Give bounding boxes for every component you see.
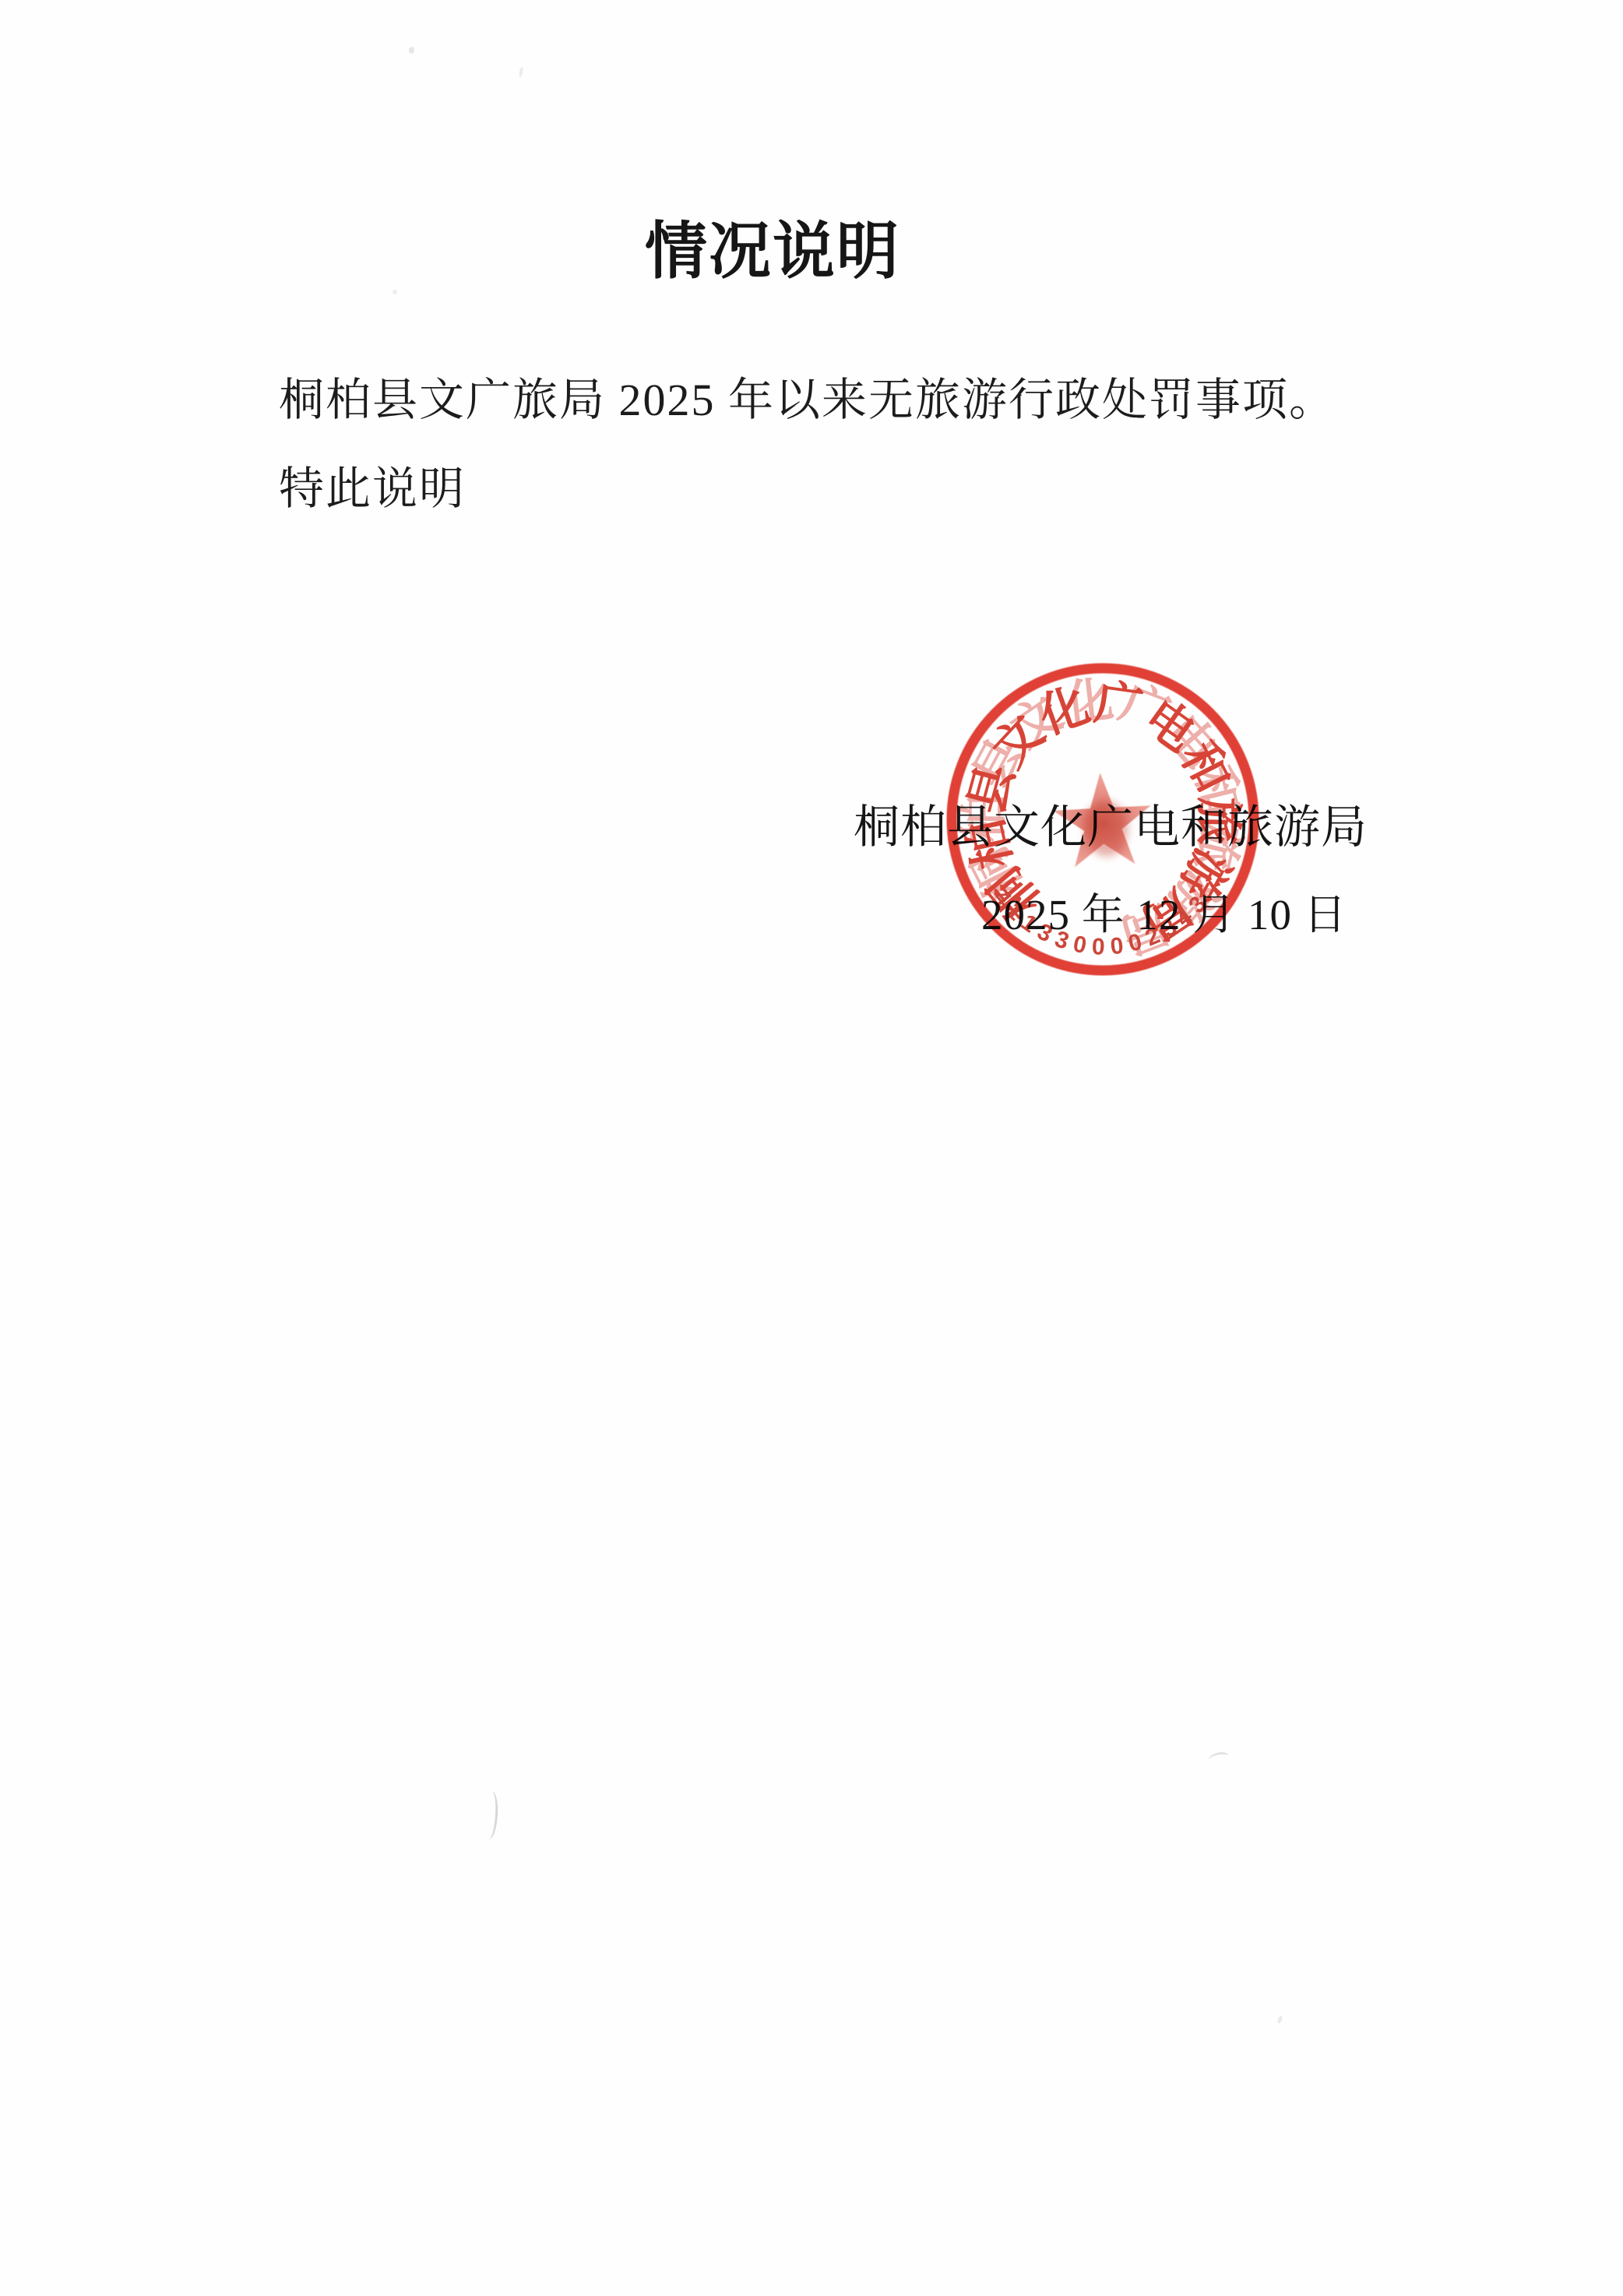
scan-artifact [1276, 2015, 1283, 2023]
scan-artifact [519, 67, 524, 78]
scan-artifact [481, 1791, 499, 1840]
seal-character: 化 [1061, 674, 1116, 732]
scan-artifact [393, 290, 397, 294]
signature-organization: 桐柏县文化广电和旅游局 [854, 790, 1368, 856]
document-page: 情况说明 桐柏县文广旅局 2025 年以来无旅游行政处罚事项。 特此说明 桐柏 [0, 0, 1623, 2296]
body-paragraph-line-2: 特此说明 [279, 452, 466, 517]
scan-artifact [1208, 1752, 1229, 1766]
body-paragraph-line-1: 桐柏县文广旅局 2025 年以来无旅游行政处罚事项。 [279, 363, 1336, 428]
signature-date: 2025 年 12 月 10 日 [981, 880, 1347, 942]
document-title: 情况说明 [645, 201, 900, 291]
scan-artifact [409, 47, 414, 54]
